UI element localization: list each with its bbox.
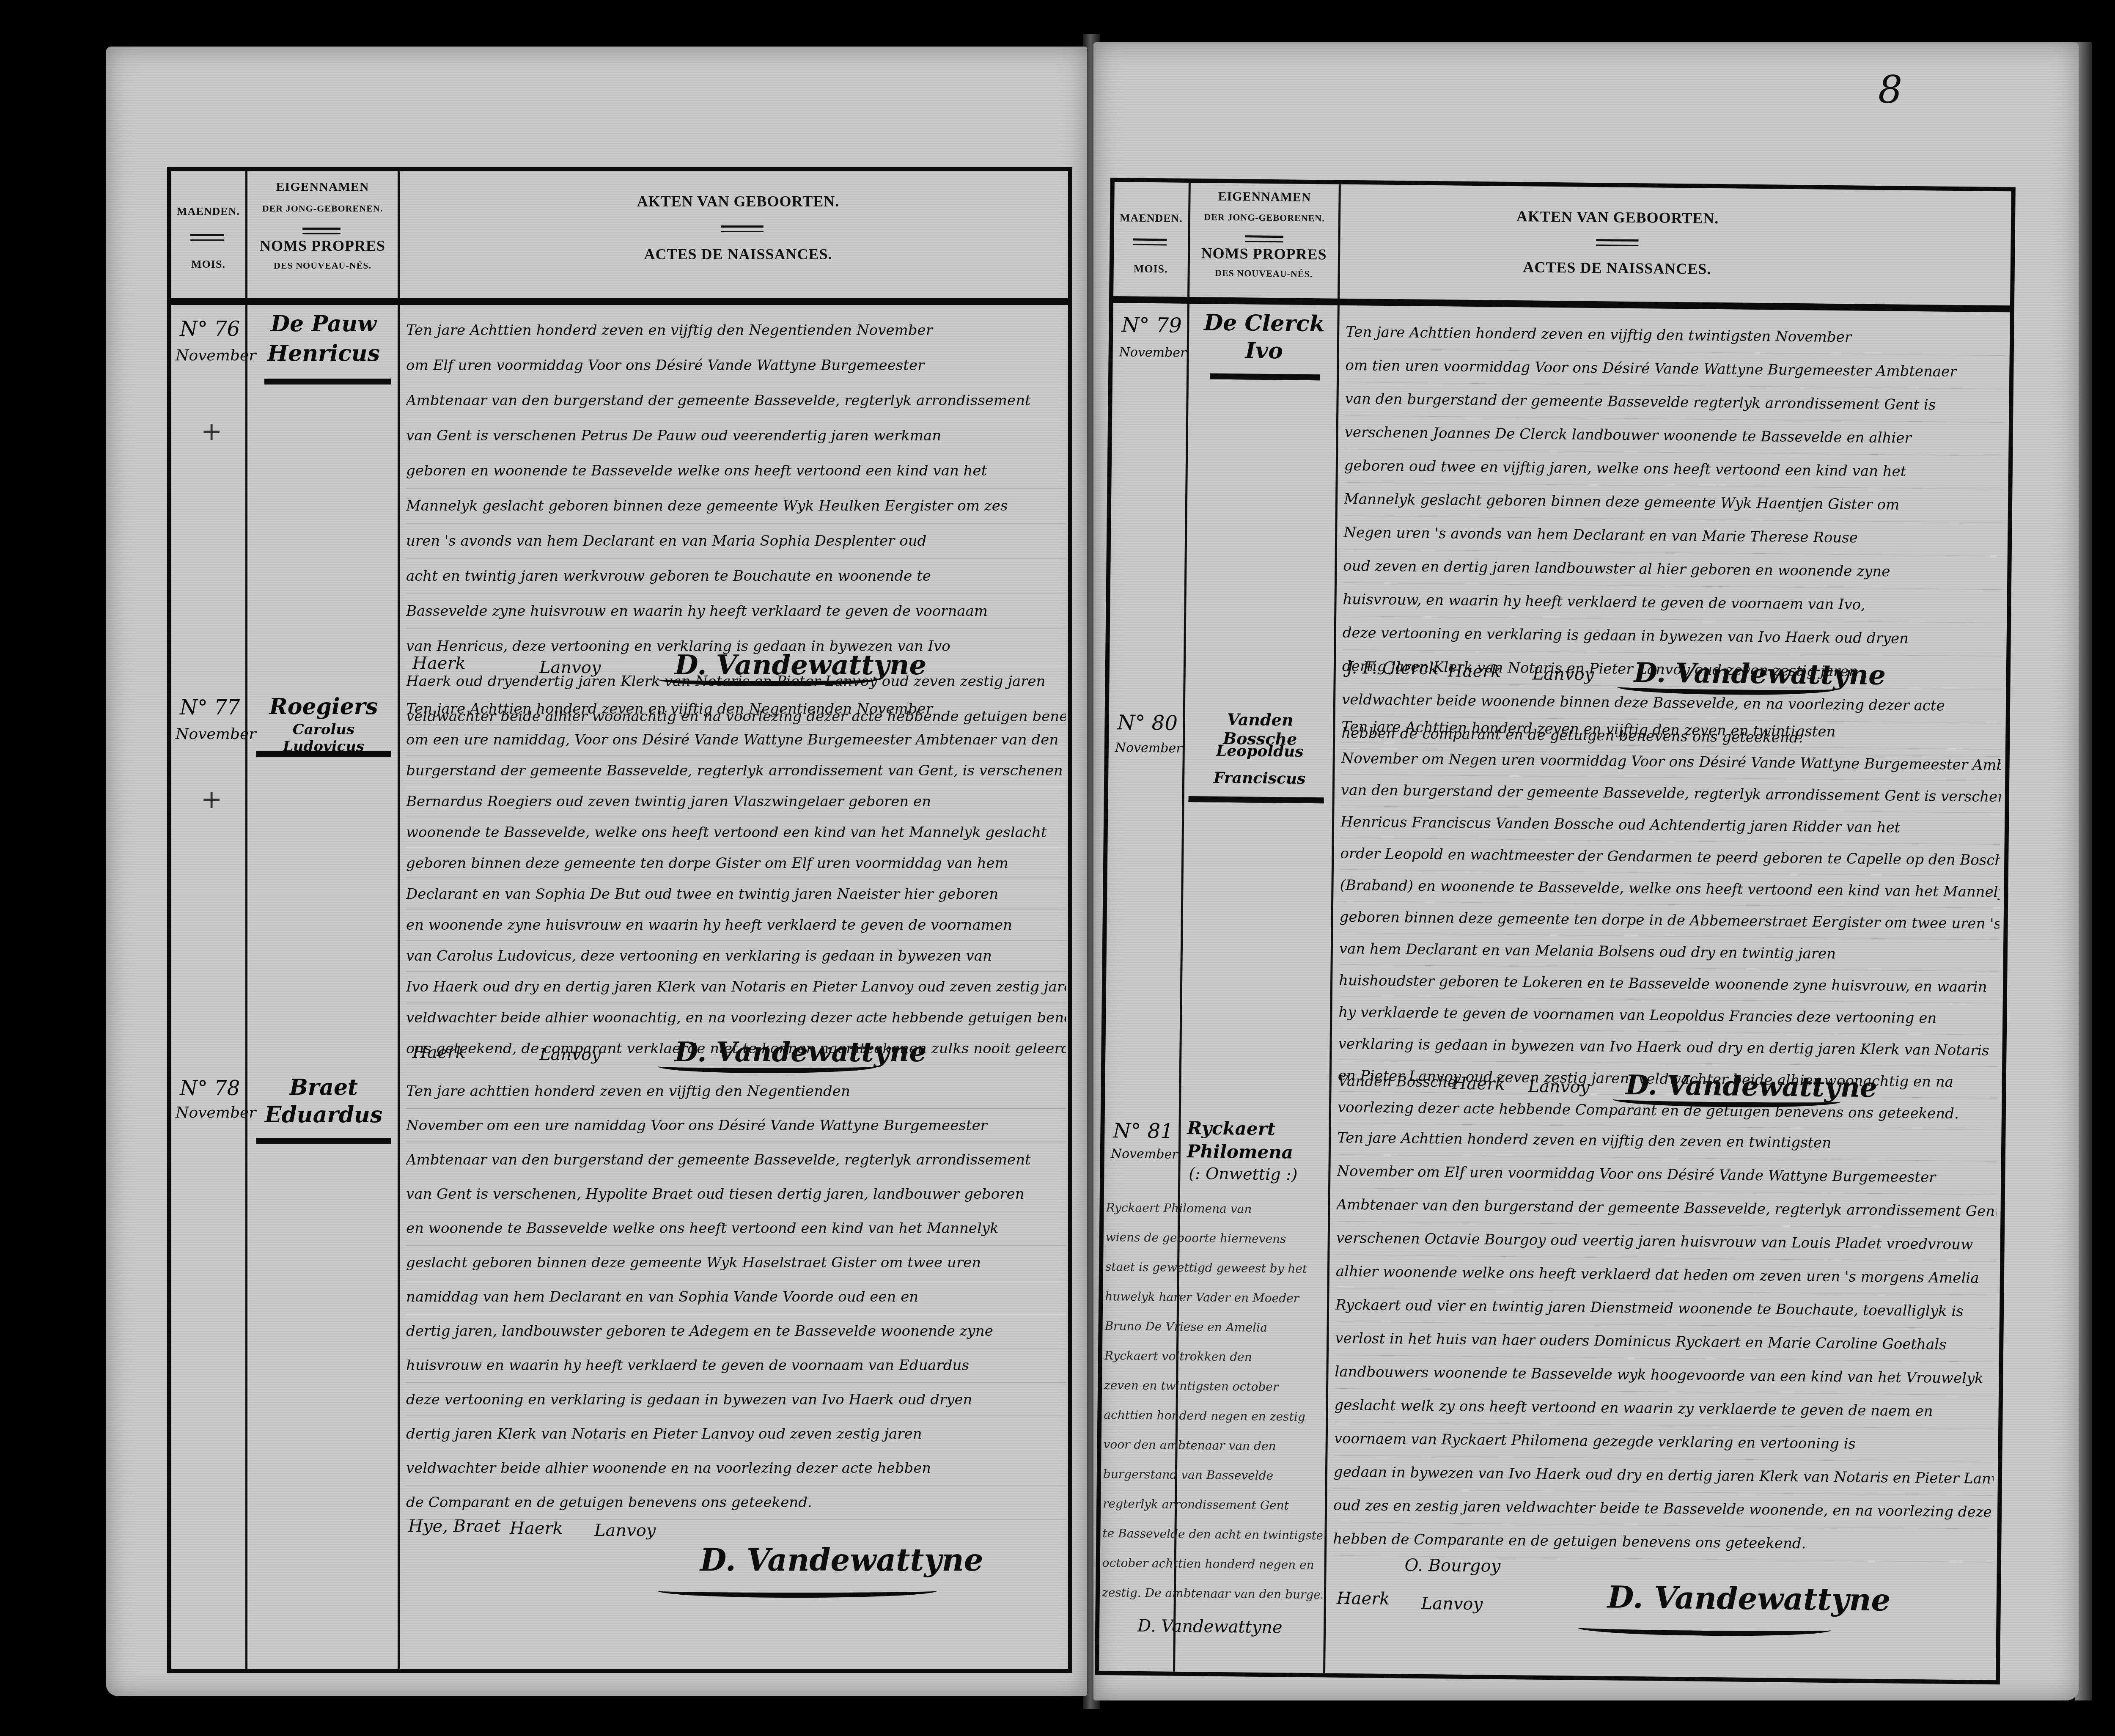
act-text: Ten jare achttien honderd zeven en vijft…	[406, 1074, 1066, 1520]
child-surname: Roegiers	[250, 694, 398, 720]
header-month-nl: MAENDEN.	[171, 205, 245, 218]
entry-number: N° 81	[1113, 1119, 1173, 1143]
entry-number: N° 80	[1117, 711, 1178, 735]
name-underline	[256, 1138, 391, 1144]
header-month-fr: MOIS.	[171, 258, 245, 271]
header-names-fr-sub: DES NOUVEAU-NÉS.	[1190, 267, 1338, 280]
header-names-nl: EIGENNAMEN	[1190, 189, 1338, 205]
witness-signature: Lanvoy	[1533, 665, 1594, 685]
header-divider	[302, 228, 341, 234]
column-divider	[245, 171, 247, 1669]
header-names-fr-sub: DES NOUVEAU-NÉS.	[247, 260, 398, 271]
witness-signature: J. F. Clerck	[1346, 658, 1439, 678]
act-text: Ten jare Achttien honderd zeven en vijft…	[1338, 711, 2002, 1130]
child-surname: De Pauw	[250, 311, 398, 337]
entry-month: November	[176, 347, 256, 364]
signature-flourish	[1577, 1621, 1831, 1637]
witness-signature: Haerk	[412, 1043, 466, 1062]
name-underline	[264, 379, 391, 385]
header-names-fr: NOMS PROPRES	[1190, 244, 1338, 264]
child-surname: Ryckaert	[1183, 1118, 1333, 1140]
child-given-names: Ivo	[1191, 337, 1337, 365]
header-acts-nl: AKTEN VAN GEBOORTEN.	[1343, 206, 1893, 229]
header-acts-nl: AKTEN VAN GEBOORTEN.	[400, 192, 1077, 210]
witness-signature: Lanvoy	[594, 1521, 656, 1540]
signature-flourish	[658, 673, 878, 686]
header-acts-fr: ACTES DE NAISSANCES.	[400, 245, 1077, 263]
witness-signature: Vanden Bossche	[1338, 1073, 1456, 1091]
header-acts-fr: ACTES DE NAISSANCES.	[1342, 256, 1892, 280]
child-given-names: Leopoldus Franciscus	[1187, 737, 1333, 793]
name-underline	[1189, 796, 1324, 803]
header-divider	[1596, 239, 1638, 246]
entry-month: November	[1119, 345, 1186, 360]
declarant-signature: O. Bourgoy	[1404, 1555, 1500, 1576]
header-month-fr: MOIS.	[1114, 262, 1188, 276]
right-register-table: MAENDEN. MOIS. EIGENNAMEN DER JONG-GEBOR…	[1095, 178, 2016, 1684]
signature-flourish	[658, 1584, 937, 1598]
act-text: Ten jare Achttien honderd zeven en vijft…	[406, 694, 1066, 1064]
header-names-nl-sub: DER JONG-GEBORENEN.	[1190, 212, 1338, 224]
header-divider	[721, 225, 764, 232]
child-given-names: Henricus	[250, 341, 398, 366]
header-names-fr: NOMS PROPRES	[247, 237, 398, 255]
entry-number: N° 77	[180, 696, 240, 720]
illegitimacy-annotation: (: Onwettig :)	[1189, 1164, 1298, 1184]
witness-signature: Lanvoy	[539, 658, 601, 677]
header-names-nl: EIGENNAMEN	[247, 180, 398, 194]
legitimation-margin-note: Ryckaert Philomena van wiens de geboorte…	[1102, 1193, 1326, 1610]
header-rule	[171, 298, 1068, 305]
child-surname: Braet	[250, 1074, 398, 1100]
entry-number: N° 76	[180, 317, 240, 341]
left-register-table: MAENDEN. MOIS. EIGENNAMEN DER JONG-GEBOR…	[167, 167, 1072, 1673]
column-divider	[398, 171, 400, 1669]
child-given-names: Eduardus	[250, 1102, 398, 1128]
name-underline	[1210, 373, 1320, 380]
entry-number: N° 79	[1121, 313, 1182, 337]
witness-signature: Lanvoy	[539, 1045, 601, 1064]
witness-signature: Haerk	[510, 1519, 563, 1538]
act-text: Ten jare Achttien honderd zeven en vijft…	[1333, 1121, 1997, 1563]
witness-signature: Lanvoy	[1421, 1594, 1483, 1614]
witness-signature: Haerk	[1337, 1589, 1390, 1609]
entry-month: November	[1115, 740, 1182, 756]
name-underline	[256, 751, 391, 757]
signature-flourish	[658, 1060, 878, 1073]
registrar-signature: D. Vandewattyne	[1607, 1579, 1890, 1618]
header-month-nl: MAENDEN.	[1114, 212, 1188, 225]
entry-month: November	[176, 725, 256, 743]
margin-cross-mark: +	[201, 417, 222, 446]
header-divider	[1245, 235, 1283, 242]
entry-month: November	[1111, 1146, 1178, 1162]
witness-signature: Haerk	[1448, 661, 1501, 681]
witness-signature: Hye, Braet	[408, 1516, 501, 1536]
registrar-signature: D. Vandewattyne	[700, 1542, 983, 1578]
header-divider	[190, 234, 224, 241]
witness-signature: Haerk	[1452, 1074, 1505, 1094]
header-divider	[1133, 239, 1167, 246]
entry-number: N° 78	[180, 1077, 240, 1100]
child-given-names: Carolus Ludovicus	[250, 721, 398, 755]
header-names-nl-sub: DER JONG-GEBORENEN.	[247, 203, 398, 214]
entry-month: November	[176, 1104, 256, 1121]
witness-signature: Lanvoy	[1528, 1077, 1590, 1097]
margin-note-signature: D. Vandewattyne	[1137, 1616, 1283, 1637]
margin-cross-mark: +	[201, 785, 222, 814]
folio-number: 8	[1878, 68, 1902, 112]
child-surname: De Clerck	[1191, 310, 1338, 337]
child-given-names: Philomena	[1183, 1141, 1333, 1163]
witness-signature: Haerk	[412, 654, 466, 673]
